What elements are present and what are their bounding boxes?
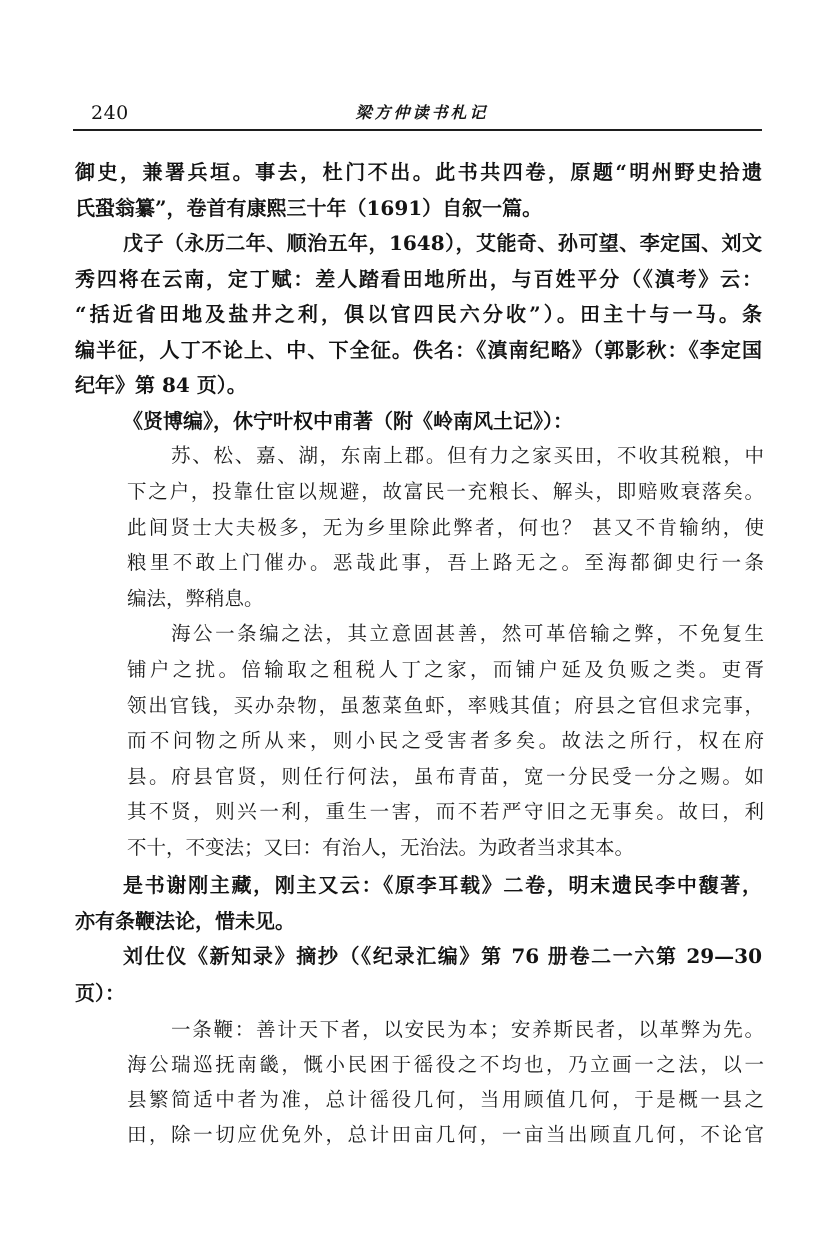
text-line: 氏蛩翁纂”，卷首有康熙三十年（1691）自叙一篇。 xyxy=(75,190,762,226)
text-line: “括近省田地及盐井之利，俱以官四民六分收”）。田主十与一马。条 xyxy=(75,296,762,332)
text-line: 其不贤，则兴一利，重生一害，而不若严守旧之无事矣。故曰，利 xyxy=(127,794,764,830)
text-line: 刘仕仪《新知录》摘抄（《纪录汇编》第 76 册卷二一六第 29—30 xyxy=(123,938,762,974)
running-title: 梁方仲读书札记 xyxy=(322,101,522,125)
text-line: 是书谢刚主藏，刚主又云：《原李耳载》二卷，明末遗民李中馥著， xyxy=(123,867,762,903)
text-line: 不十，不变法；又曰：有治人，无治法。为政者当求其本。 xyxy=(127,830,764,866)
text-line: 而不问物之所从来，则小民之受害者多矣。故法之所行，权在府 xyxy=(127,723,764,759)
text-line: 县。府县官贤，则任行何法，虽布青苗，宽一分民受一分之赐。如 xyxy=(127,759,764,795)
text-line: 下之户，投靠仕宦以规避，故富民一充粮长、解头，即赔败衰落矣。 xyxy=(127,474,764,510)
text-line: 此间贤士大夫极多，无为乡里除此弊者，何也？ 甚又不肯输纳，使 xyxy=(127,510,764,546)
text-line: 粮里不敢上门催办。恶哉此事，吾上路无之。至海都御史行一条 xyxy=(127,545,764,581)
text-line: 御史，兼署兵垣。事去，杜门不出。此书共四卷，原题“明州野史拾遗 xyxy=(75,154,762,190)
text-line: 苏、松、嘉、湖，东南上郡。但有力之家买田，不收其税粮，中 xyxy=(171,438,764,474)
text-line: 海公瑞巡抚南畿，慨小民困于徭役之不均也，乃立画一之法，以一 xyxy=(127,1047,764,1083)
text-line: 戊子（永历二年、顺治五年，1648），艾能奇、孙可望、李定国、刘文 xyxy=(123,225,762,261)
text-line: 领出官钱，买办杂物，虽葱菜鱼虾，率贱其值；府县之官但求完事， xyxy=(127,688,764,724)
text-line: 编法，弊稍息。 xyxy=(127,581,764,617)
page-number: 240 xyxy=(91,101,129,125)
text-line: 秀四将在云南，定丁赋：差人踏看田地所出，与百姓平分（《滇考》云： xyxy=(75,261,762,297)
text-line: 铺户之扰。倍输取之租税人丁之家，而铺户延及负贩之类。吏胥 xyxy=(127,652,764,688)
text-line: 编半征，人丁不论上、中、下全征。佚名：《滇南纪略》（郭影秋：《李定国 xyxy=(75,332,762,368)
text-line: 一条鞭：善计天下者，以安民为本；安养斯民者，以革弊为先。 xyxy=(171,1012,764,1048)
header-rule xyxy=(73,129,762,131)
text-line: 田，除一切应优免外，总计田亩几何，一亩当出顾直几何，不论官 xyxy=(127,1117,764,1153)
text-line: 《贤博编》，休宁叶权中甫著（附《岭南风土记》）： xyxy=(123,403,762,439)
text-line: 亦有条鞭法论，惜未见。 xyxy=(75,903,762,939)
text-line: 纪年》第 84 页）。 xyxy=(75,367,762,403)
text-line: 县繁简适中者为准，总计徭役几何，当用顾值几何，于是概一县之 xyxy=(127,1082,764,1118)
text-line: 页）： xyxy=(75,975,762,1011)
text-line: 海公一条编之法，其立意固甚善，然可革倍输之弊，不免复生 xyxy=(171,616,764,652)
